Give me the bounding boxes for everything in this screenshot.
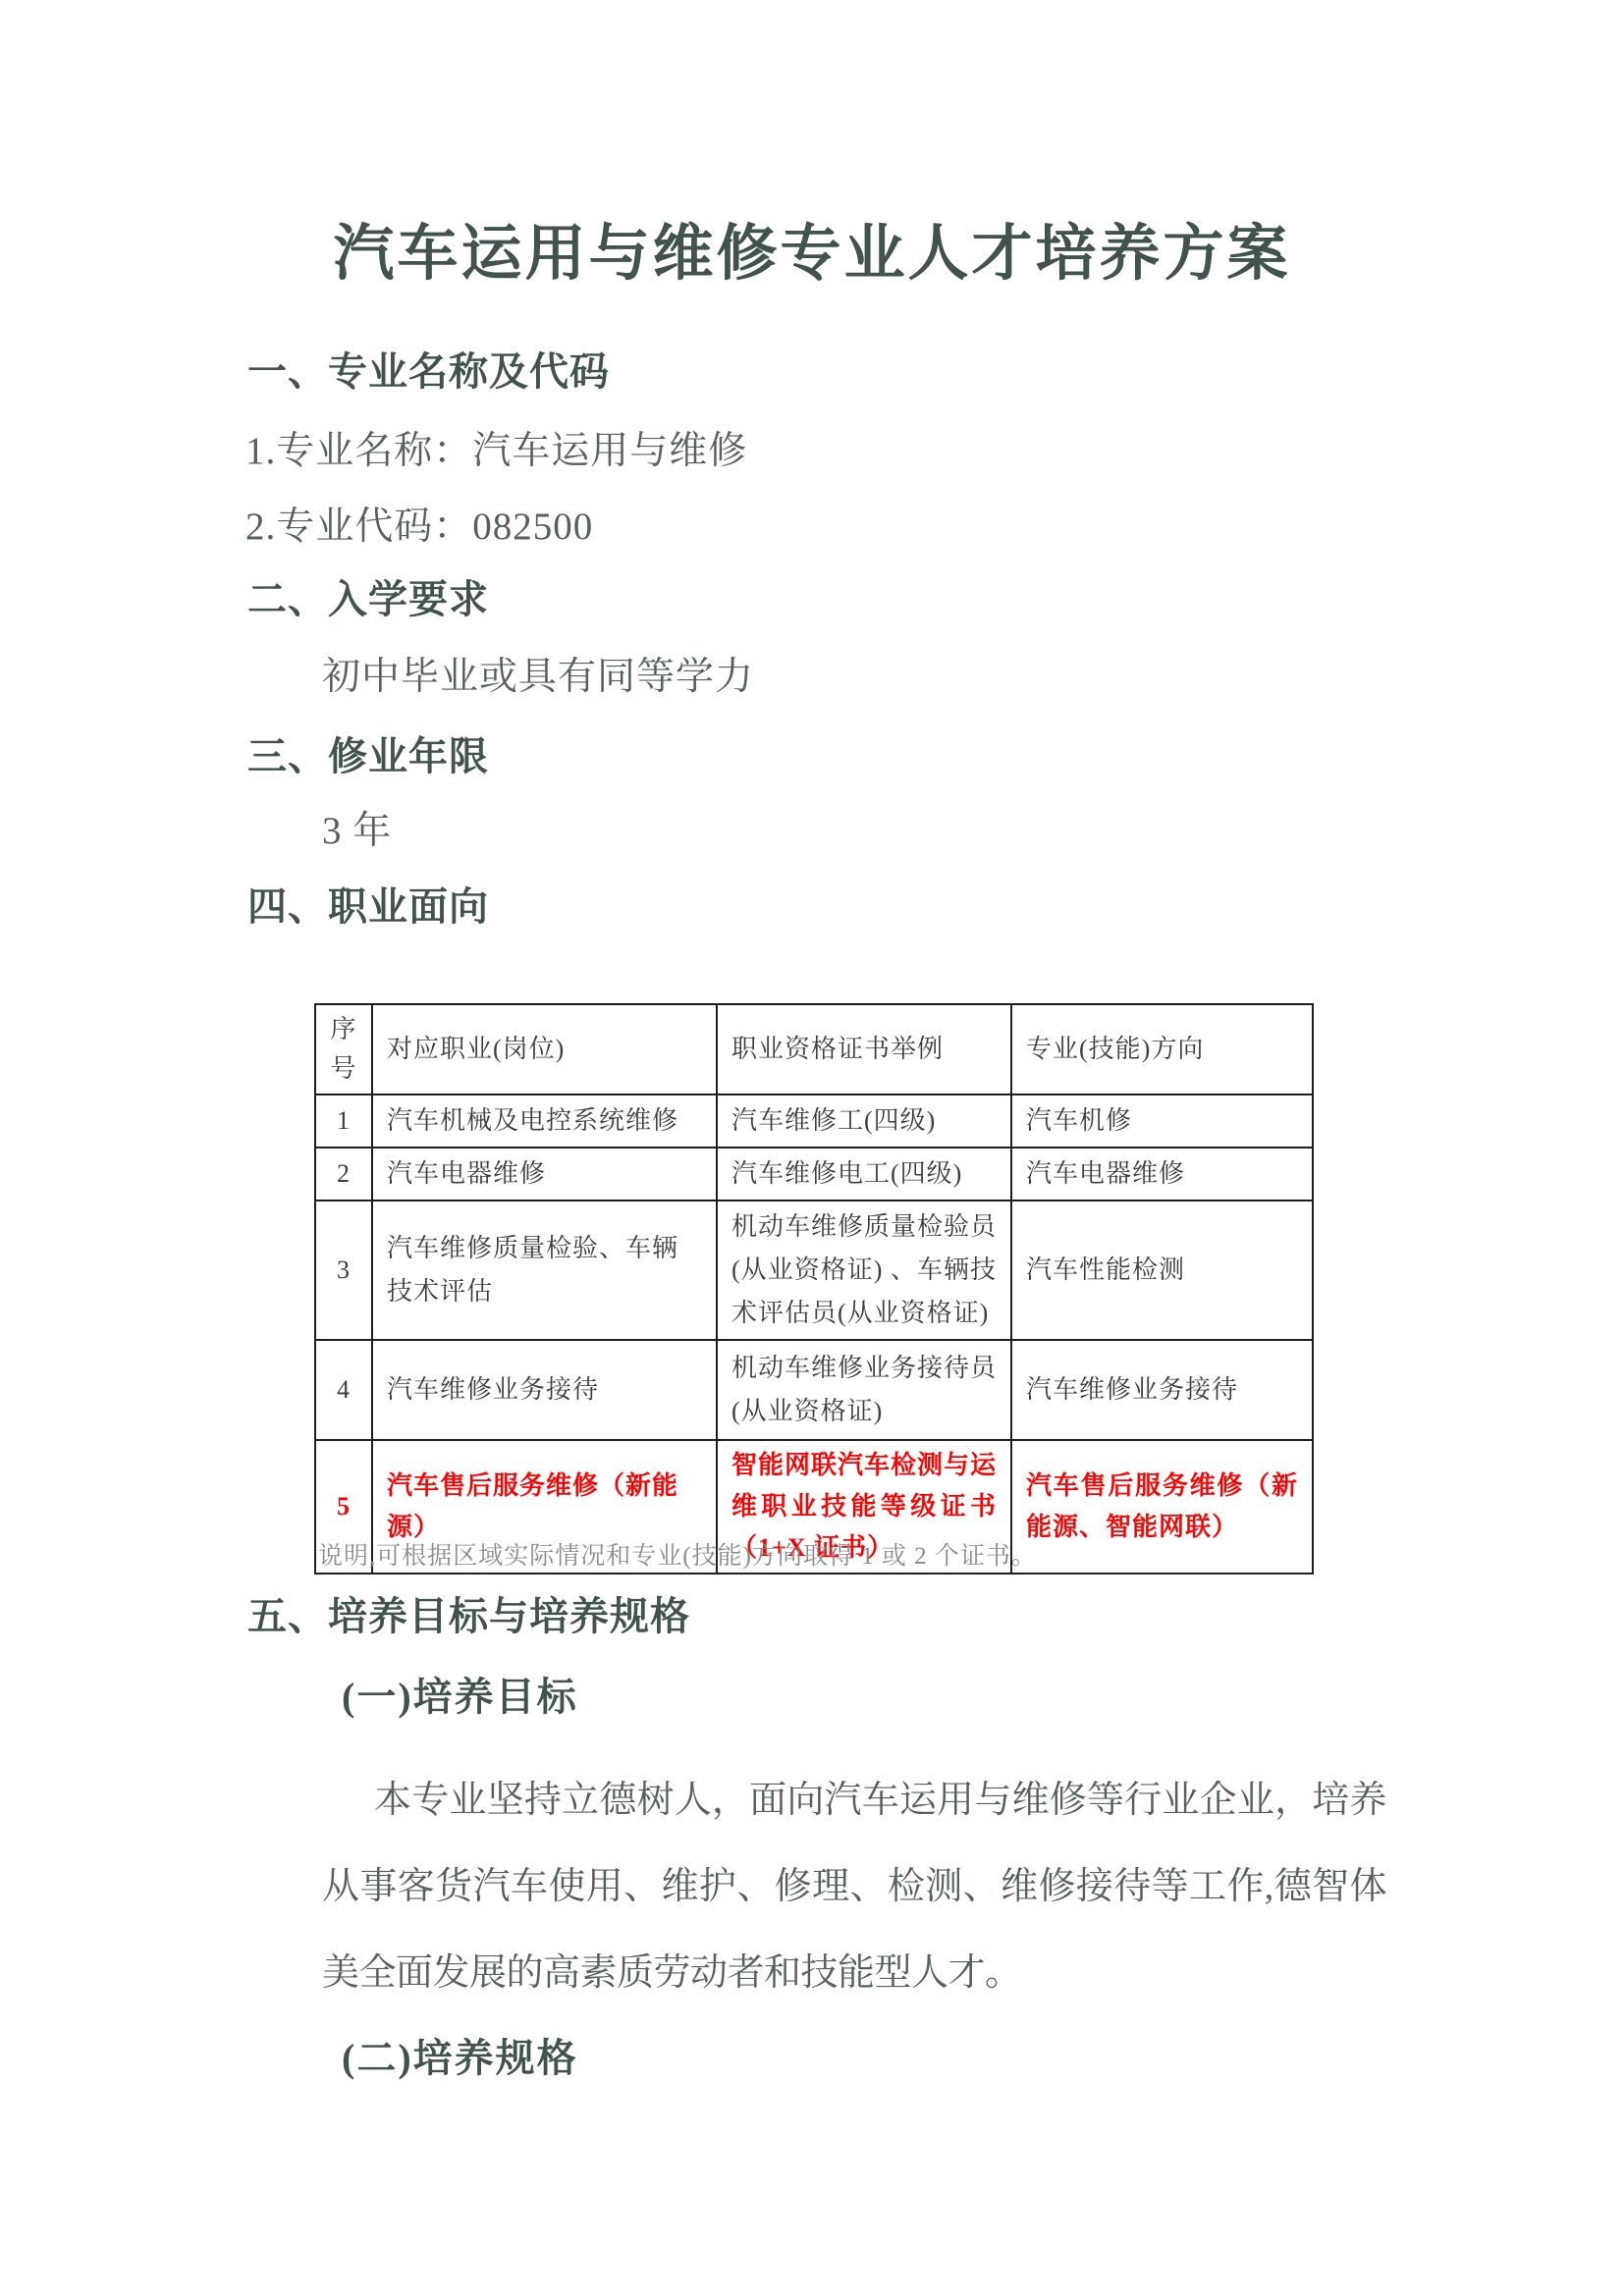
major-code-line: 2.专业代码：082500 [245, 505, 593, 550]
table-cell: 机动车维修业务接待员(从业资格证) [717, 1340, 1011, 1440]
heading-training-objective: (一)培养目标 [342, 1674, 578, 1721]
career-orientation-table: 序号对应职业(岗位)职业资格证书举例专业(技能)方向1汽车机械及电控系统维修汽车… [314, 1003, 1314, 1575]
table-cell: 2 [315, 1148, 372, 1201]
table-cell: 1 [315, 1095, 372, 1148]
table-cell: 汽车售后服务维修（新能源、智能网联） [1011, 1440, 1313, 1574]
document-title: 汽车运用与维修专业人才培养方案 [0, 220, 1624, 289]
table-cell: 汽车性能检测 [1011, 1201, 1313, 1340]
table-header-row: 序号对应职业(岗位)职业资格证书举例专业(技能)方向 [315, 1004, 1313, 1095]
table-cell: 4 [315, 1340, 372, 1440]
table-cell: 汽车电器维修 [372, 1148, 717, 1201]
heading-section-4: 四、职业面向 [247, 884, 489, 930]
table-cell: 汽车维修业务接待 [1011, 1340, 1313, 1440]
table-cell: 汽车维修工(四级) [717, 1095, 1011, 1148]
heading-section-5: 五、培养目标与培养规格 [247, 1594, 690, 1639]
table-cell: 汽车电器维修 [1011, 1148, 1313, 1201]
document-page: 汽车运用与维修专业人才培养方案 一、专业名称及代码 1.专业名称：汽车运用与维修… [0, 0, 1624, 2296]
table-cell: 汽车机修 [1011, 1095, 1313, 1148]
table-cell: 机动车维修质量检验员(从业资格证) 、车辆技术评估员(从业资格证) [717, 1201, 1011, 1340]
table-row: 2汽车电器维修汽车维修电工(四级)汽车电器维修 [315, 1148, 1313, 1201]
table-row: 3汽车维修质量检验、车辆技术评估机动车维修质量检验员(从业资格证) 、车辆技术评… [315, 1201, 1313, 1340]
heading-section-3: 三、修业年限 [247, 734, 489, 779]
study-duration-line: 3 年 [322, 809, 392, 854]
major-name-line: 1.专业名称：汽车运用与维修 [245, 429, 747, 474]
table-cell: 汽车维修电工(四级) [717, 1148, 1011, 1201]
table-header-cell: 专业(技能)方向 [1011, 1004, 1313, 1095]
table-header-cell: 对应职业(岗位) [372, 1004, 717, 1095]
training-objective-paragraph: 本专业坚持立德树人，面向汽车运用与维修等行业企业，培养从事客货汽车使用、维护、修… [322, 1757, 1386, 2016]
table-row: 1汽车机械及电控系统维修汽车维修工(四级)汽车机修 [315, 1095, 1313, 1148]
table-row: 4汽车维修业务接待机动车维修业务接待员(从业资格证)汽车维修业务接待 [315, 1340, 1313, 1440]
entry-requirement-line: 初中毕业或具有同等学力 [322, 655, 754, 700]
heading-section-1: 一、专业名称及代码 [247, 349, 610, 395]
table-header-cell: 职业资格证书举例 [717, 1004, 1011, 1095]
table-cell: 汽车机械及电控系统维修 [372, 1095, 717, 1148]
table-note: 说明,可根据区域实际情况和专业(技能)方向取得 1 或 2 个证书。 [318, 1541, 1037, 1573]
table-cell: 汽车维修质量检验、车辆技术评估 [372, 1201, 717, 1340]
heading-section-2: 二、入学要求 [247, 577, 489, 622]
career-table-body: 序号对应职业(岗位)职业资格证书举例专业(技能)方向1汽车机械及电控系统维修汽车… [315, 1004, 1313, 1574]
table-header-cell: 序号 [315, 1004, 372, 1095]
table-cell: 3 [315, 1201, 372, 1340]
heading-training-specification: (二)培养规格 [342, 2035, 578, 2082]
table-cell: 汽车维修业务接待 [372, 1340, 717, 1440]
